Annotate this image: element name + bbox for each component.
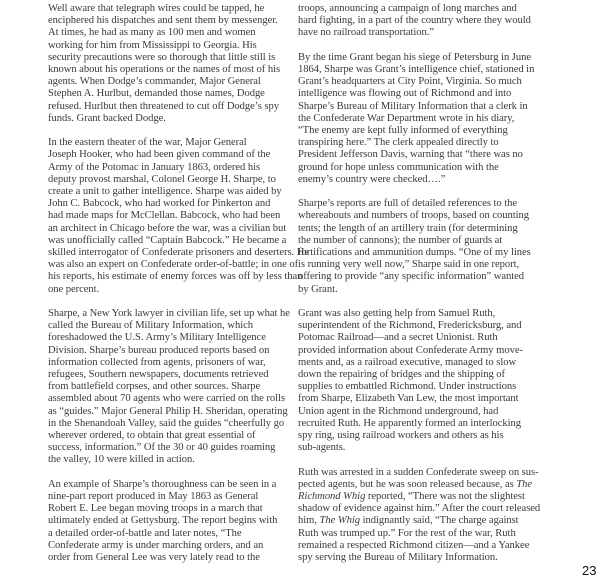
text-line: called the Bureau of Military Informatio… <box>48 320 296 332</box>
text-line: foreshadowed the U.S. Army’s Military In… <box>48 332 296 344</box>
text-line: in the Shenandoah Valley, said the guide… <box>48 418 296 430</box>
text-line: is running very well now,” Sharpe said i… <box>298 259 538 271</box>
text-line: nine-part report produced in May 1863 as… <box>48 491 296 503</box>
text-line: the Confederate War Department wrote in … <box>298 113 538 125</box>
text-line: troops, announcing a campaign of long ma… <box>298 3 538 15</box>
text-line: order from General Lee was very lately r… <box>48 552 296 564</box>
text-line: one percent. <box>48 284 296 296</box>
text-line: his reports, his estimate of enemy force… <box>48 271 296 283</box>
text-line: from Sharpe, Elizabeth Van Lew, the most… <box>298 393 538 405</box>
text-line: Sharpe’s Bureau of Military Information … <box>298 101 538 113</box>
text-line: shadow of evidence against him.” After t… <box>298 503 538 515</box>
text-line: supplies to embattled Richmond. Under in… <box>298 381 538 393</box>
text-line: skilled interrogator of Confederate pris… <box>48 247 296 259</box>
text-line: Confederate army is under marching order… <box>48 540 296 552</box>
text-line: have no railroad transportation.” <box>298 27 538 39</box>
text-line: Grant’s headquarters at City Point, Virg… <box>298 76 538 88</box>
text-line: pected agents, but he was soon released … <box>298 479 538 491</box>
text-line: refugees, Southern newspapers, documents… <box>48 369 296 381</box>
text-line: Richmond Whig reported, “There was not t… <box>298 491 538 503</box>
text-line: spy ring, using railroad workers and oth… <box>298 430 538 442</box>
text-line: John C. Babcock, who had worked for Pink… <box>48 198 296 210</box>
text-line: recruited Ruth. He apparently formed an … <box>298 418 538 430</box>
text-line: enciphered his dispatches and sent them … <box>48 15 296 27</box>
text-line: him, The Whig indignantly said, “The cha… <box>298 515 538 527</box>
text-line: refused. Hurlbut then threatened to cut … <box>48 101 296 113</box>
text-line: 1864, Sharpe was Grant’s intelligence ch… <box>298 64 538 76</box>
text-line: Grant was also getting help from Samuel … <box>298 308 538 320</box>
text-line: the valley, 10 were killed in action. <box>48 454 296 466</box>
text-line: offering to provide “any specific inform… <box>298 271 538 283</box>
text-line: Potomac Railroad—and a secret Unionist. … <box>298 332 538 344</box>
text-line: An example of Sharpe’s thoroughness can … <box>48 479 296 491</box>
text-line: superintendent of the Richmond, Frederic… <box>298 320 538 332</box>
left-column: Well aware that telegraph wires could be… <box>48 3 296 576</box>
text-line: down the repairing of bridges and the sh… <box>298 369 538 381</box>
text-line: success, information.” Of the 30 or 40 g… <box>48 442 296 454</box>
text-line: Robert E. Lee began moving troops in a m… <box>48 503 296 515</box>
text-line: transpiring here.” The clerk appealed di… <box>298 137 538 149</box>
text-line: was unofficially called “Captain Babcock… <box>48 235 296 247</box>
text-line: whereabouts and numbers of troops, based… <box>298 210 538 222</box>
text-line: the number of cannons); the number of gu… <box>298 235 538 247</box>
text-line: sub-agents. <box>298 442 538 454</box>
paragraph: Sharpe, a New York lawyer in civilian li… <box>48 308 296 467</box>
paragraph: troops, announcing a campaign of long ma… <box>298 3 538 40</box>
text-line: as “guides.” Major General Philip H. She… <box>48 406 296 418</box>
text-line: ments and, as a railroad executive, mana… <box>298 357 538 369</box>
text-line: wherever ordered, to obtain that great e… <box>48 430 296 442</box>
text-line: was also an expert on Confederate order-… <box>48 259 296 271</box>
text-line: Union agent in the Richmond underground,… <box>298 406 538 418</box>
text-line: Stephen A. Hurlbut, demanded those names… <box>48 88 296 100</box>
paragraph: In the eastern theater of the war, Major… <box>48 137 296 296</box>
text-line: ground for hope unless communication wit… <box>298 162 538 174</box>
text-line: intelligence was flowing out of Richmond… <box>298 88 538 100</box>
text-line: remained a respected Richmond citizen—an… <box>298 540 538 552</box>
text-line: had made maps for McClellan. Babcock, wh… <box>48 210 296 222</box>
text-line: funds. Grant backed Dodge. <box>48 113 296 125</box>
right-column: troops, announcing a campaign of long ma… <box>298 3 538 576</box>
text-line: Ruth was arrested in a sudden Confederat… <box>298 467 538 479</box>
text-line: enemy’s country were checked….” <box>298 174 538 186</box>
paragraph: Well aware that telegraph wires could be… <box>48 3 296 125</box>
paragraph: Grant was also getting help from Samuel … <box>298 308 538 454</box>
paragraph-ruth-arrest: Ruth was arrested in a sudden Confederat… <box>298 467 538 565</box>
text-line: Sharpe, a New York lawyer in civilian li… <box>48 308 296 320</box>
text-line: provided information about Confederate A… <box>298 345 538 357</box>
text-line: a detailed order-of-battle and later not… <box>48 528 296 540</box>
text-line: Sharpe’s reports are full of detailed re… <box>298 198 538 210</box>
text-line: In the eastern theater of the war, Major… <box>48 137 296 149</box>
text-line: At times, he had as many as 100 men and … <box>48 27 296 39</box>
text-line: fortifications and ammunition dumps. “On… <box>298 247 538 259</box>
text-line: Well aware that telegraph wires could be… <box>48 3 296 15</box>
paragraph: Sharpe’s reports are full of detailed re… <box>298 198 538 296</box>
text-line: working for him from Mississippi to Geor… <box>48 40 296 52</box>
text-line: assembled about 70 agents who were carri… <box>48 393 296 405</box>
paragraph: An example of Sharpe’s thoroughness can … <box>48 479 296 564</box>
text-line: Division. Sharpe’s bureau produced repor… <box>48 345 296 357</box>
text-line: hard fighting, in a part of the country … <box>298 15 538 27</box>
text-line: President Jefferson Davis, warning that … <box>298 149 538 161</box>
text-line: “The enemy are kept fully informed of ev… <box>298 125 538 137</box>
text-line: security precautions were so thorough th… <box>48 52 296 64</box>
page-number: 23 <box>582 563 596 578</box>
text-line: spy serving the Bureau of Military Infor… <box>298 552 538 564</box>
text-line: known about his operations or the names … <box>48 64 296 76</box>
text-line: deputy provost marshal, Colonel George H… <box>48 174 296 186</box>
text-line: By the time Grant began his siege of Pet… <box>298 52 538 64</box>
text-line: by Grant. <box>298 284 538 296</box>
text-line: Ruth was trumped up.” For the rest of th… <box>298 528 538 540</box>
paragraph: By the time Grant began his siege of Pet… <box>298 52 538 186</box>
text-line: from battlefield corpses, and other sour… <box>48 381 296 393</box>
text-line: Joseph Hooker, who had been given comman… <box>48 149 296 161</box>
text-line: Army of the Potomac in January 1863, ord… <box>48 162 296 174</box>
text-line: agents. When Dodge’s commander, Major Ge… <box>48 76 296 88</box>
text-line: information collected from agents, priso… <box>48 357 296 369</box>
text-line: tents; the length of an artillery train … <box>298 223 538 235</box>
text-line: ultimately ended at Gettysburg. The repo… <box>48 515 296 527</box>
text-line: an architect in Chicago before the war, … <box>48 223 296 235</box>
text-line: create a unit to gather intelligence. Sh… <box>48 186 296 198</box>
